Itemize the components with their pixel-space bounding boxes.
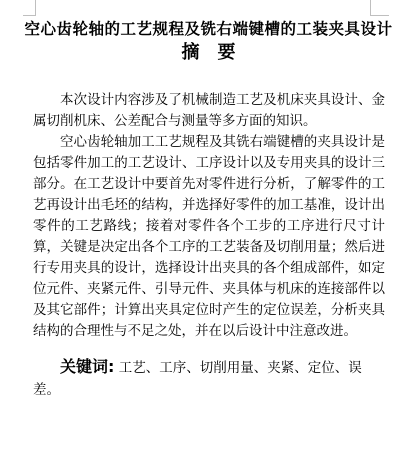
document-page: 空心齿轮轴的工艺规程及铣右端键槽的工装夹具设计 摘 要 本次设计内容涉及了机械制… (0, 0, 417, 454)
abstract-paragraph-2: 空心齿轮轴加工工艺规程及其铣右端键槽的夹具设计是包括零件加工的工艺设计、工序设计… (33, 132, 385, 342)
keywords-line: 关键词: 工艺、工序、切削用量、夹紧、定位、误差。 (0, 356, 417, 401)
keywords-label: 关键词: (60, 357, 114, 376)
margin-crop-mark-top-right (370, 0, 389, 16)
margin-crop-mark-top-left (23, 0, 36, 16)
abstract-paragraph-1: 本次设计内容涉及了机械制造工艺及机床夹具设计、金属切削机床、公差配合与测量等多方… (33, 90, 385, 132)
abstract-heading: 摘 要 (0, 42, 417, 64)
document-title: 空心齿轮轴的工艺规程及铣右端键槽的工装夹具设计 (18, 20, 399, 39)
abstract-body: 本次设计内容涉及了机械制造工艺及机床夹具设计、金属切削机床、公差配合与测量等多方… (0, 90, 417, 342)
